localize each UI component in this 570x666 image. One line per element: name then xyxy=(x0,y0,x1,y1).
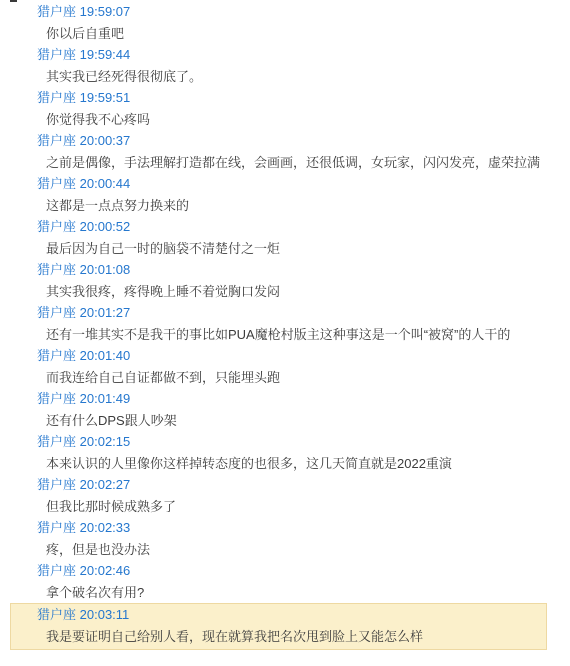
chat-message[interactable]: 猎户座 19:59:51 你觉得我不心疼吗 xyxy=(0,87,570,130)
chat-message[interactable]: 猎户座 20:02:27 但我比那时候成熟多了 xyxy=(0,474,570,517)
clipped-previous-line xyxy=(10,0,17,2)
message-time: 20:03:11 xyxy=(80,607,130,622)
sender-name: 猎户座 xyxy=(37,262,76,277)
message-text: 其实我已经死得很彻底了。 xyxy=(46,66,570,88)
message-time: 20:01:27 xyxy=(80,305,131,320)
sender-name: 猎户座 xyxy=(37,133,76,148)
message-header: 猎户座 20:01:49 xyxy=(37,388,570,410)
message-header: 猎户座 20:02:27 xyxy=(37,474,570,496)
message-text: 而我连给自己自证都做不到，只能埋头跑 xyxy=(46,367,570,389)
message-text: 我是要证明自己给别人看，现在就算我把名次甩到脸上又能怎么样 xyxy=(46,626,546,648)
sender-name: 猎户座 xyxy=(37,47,76,62)
chat-message[interactable]: 猎户座 20:01:08 其实我很疼，疼得晚上睡不着觉胸口发闷 xyxy=(0,259,570,302)
message-header: 猎户座 20:01:40 xyxy=(37,345,570,367)
sender-name: 猎户座 xyxy=(37,4,76,19)
message-time: 19:59:44 xyxy=(80,47,131,62)
chat-message[interactable]: 猎户座 20:03:11 我是要证明自己给别人看，现在就算我把名次甩到脸上又能怎… xyxy=(10,603,547,650)
message-text: 但我比那时候成熟多了 xyxy=(46,496,570,518)
message-text: 之前是偶像，手法理解打造都在线，会画画，还很低调，女玩家，闪闪发亮，虚荣拉满 xyxy=(46,152,570,174)
message-text: 这都是一点点努力换来的 xyxy=(46,195,570,217)
chat-message[interactable]: 猎户座 20:02:46 拿个破名次有用? xyxy=(0,560,570,603)
message-text: 还有一堆其实不是我干的事比如PUA魔枪村版主这种事这是一个叫“被窝”的人干的 xyxy=(46,324,570,346)
message-header: 猎户座 20:00:52 xyxy=(37,216,570,238)
message-time: 20:02:33 xyxy=(80,520,131,535)
message-header: 猎户座 19:59:07 xyxy=(37,1,570,23)
message-text: 最后因为自己一时的脑袋不清楚付之一炬 xyxy=(46,238,570,260)
message-text: 拿个破名次有用? xyxy=(46,582,570,604)
sender-name: 猎户座 xyxy=(37,219,76,234)
message-header: 猎户座 20:00:44 xyxy=(37,173,570,195)
message-time: 19:59:07 xyxy=(80,4,131,19)
message-header: 猎户座 20:01:08 xyxy=(37,259,570,281)
sender-name: 猎户座 xyxy=(37,305,76,320)
message-time: 20:00:37 xyxy=(80,133,131,148)
chat-message[interactable]: 猎户座 20:00:52 最后因为自己一时的脑袋不清楚付之一炬 xyxy=(0,216,570,259)
chat-message[interactable]: 猎户座 19:59:44 其实我已经死得很彻底了。 xyxy=(0,44,570,87)
sender-name: 猎户座 xyxy=(37,176,76,191)
sender-name: 猎户座 xyxy=(37,434,76,449)
sender-name: 猎户座 xyxy=(37,348,76,363)
chat-message[interactable]: 猎户座 20:00:44 这都是一点点努力换来的 xyxy=(0,173,570,216)
sender-name: 猎户座 xyxy=(37,90,76,105)
chat-message[interactable]: 猎户座 20:01:40 而我连给自己自证都做不到，只能埋头跑 xyxy=(0,345,570,388)
message-time: 20:02:27 xyxy=(80,477,131,492)
chat-message[interactable]: 猎户座 20:01:27 还有一堆其实不是我干的事比如PUA魔枪村版主这种事这是… xyxy=(0,302,570,345)
message-time: 20:01:40 xyxy=(80,348,131,363)
chat-message[interactable]: 猎户座 19:59:07 你以后自重吧 xyxy=(0,1,570,44)
message-text: 还有什么DPS跟人吵架 xyxy=(46,410,570,432)
message-time: 20:00:44 xyxy=(80,176,131,191)
sender-name: 猎户座 xyxy=(37,563,76,578)
message-header: 猎户座 20:01:27 xyxy=(37,302,570,324)
message-text: 疼，但是也没办法 xyxy=(46,539,570,561)
message-time: 20:01:08 xyxy=(80,262,131,277)
message-text: 其实我很疼，疼得晚上睡不着觉胸口发闷 xyxy=(46,281,570,303)
chat-log: 猎户座 19:59:07 你以后自重吧 猎户座 19:59:44 其实我已经死得… xyxy=(0,0,570,666)
message-header: 猎户座 19:59:51 xyxy=(37,87,570,109)
message-header: 猎户座 20:02:46 xyxy=(37,560,570,582)
message-time: 20:02:46 xyxy=(80,563,131,578)
message-header: 猎户座 20:03:11 xyxy=(37,604,546,626)
chat-message[interactable]: 猎户座 20:01:49 还有什么DPS跟人吵架 xyxy=(0,388,570,431)
sender-name: 猎户座 xyxy=(37,607,76,622)
sender-name: 猎户座 xyxy=(37,477,76,492)
message-text: 你觉得我不心疼吗 xyxy=(46,109,570,131)
message-header: 猎户座 20:02:15 xyxy=(37,431,570,453)
message-time: 20:01:49 xyxy=(80,391,131,406)
sender-name: 猎户座 xyxy=(37,520,76,535)
chat-message[interactable]: 猎户座 20:00:37 之前是偶像，手法理解打造都在线，会画画，还很低调，女玩… xyxy=(0,130,570,173)
message-header: 猎户座 19:59:44 xyxy=(37,44,570,66)
message-time: 19:59:51 xyxy=(80,90,131,105)
sender-name: 猎户座 xyxy=(37,391,76,406)
message-text: 本来认识的人里像你这样掉转态度的也很多，这几天简直就是2022重演 xyxy=(46,453,570,475)
chat-message[interactable]: 猎户座 20:02:15 本来认识的人里像你这样掉转态度的也很多，这几天简直就是… xyxy=(0,431,570,474)
message-time: 20:02:15 xyxy=(80,434,131,449)
message-header: 猎户座 20:02:33 xyxy=(37,517,570,539)
message-text: 你以后自重吧 xyxy=(46,23,570,45)
chat-message[interactable]: 猎户座 20:02:33 疼，但是也没办法 xyxy=(0,517,570,560)
message-header: 猎户座 20:00:37 xyxy=(37,130,570,152)
message-time: 20:00:52 xyxy=(80,219,131,234)
